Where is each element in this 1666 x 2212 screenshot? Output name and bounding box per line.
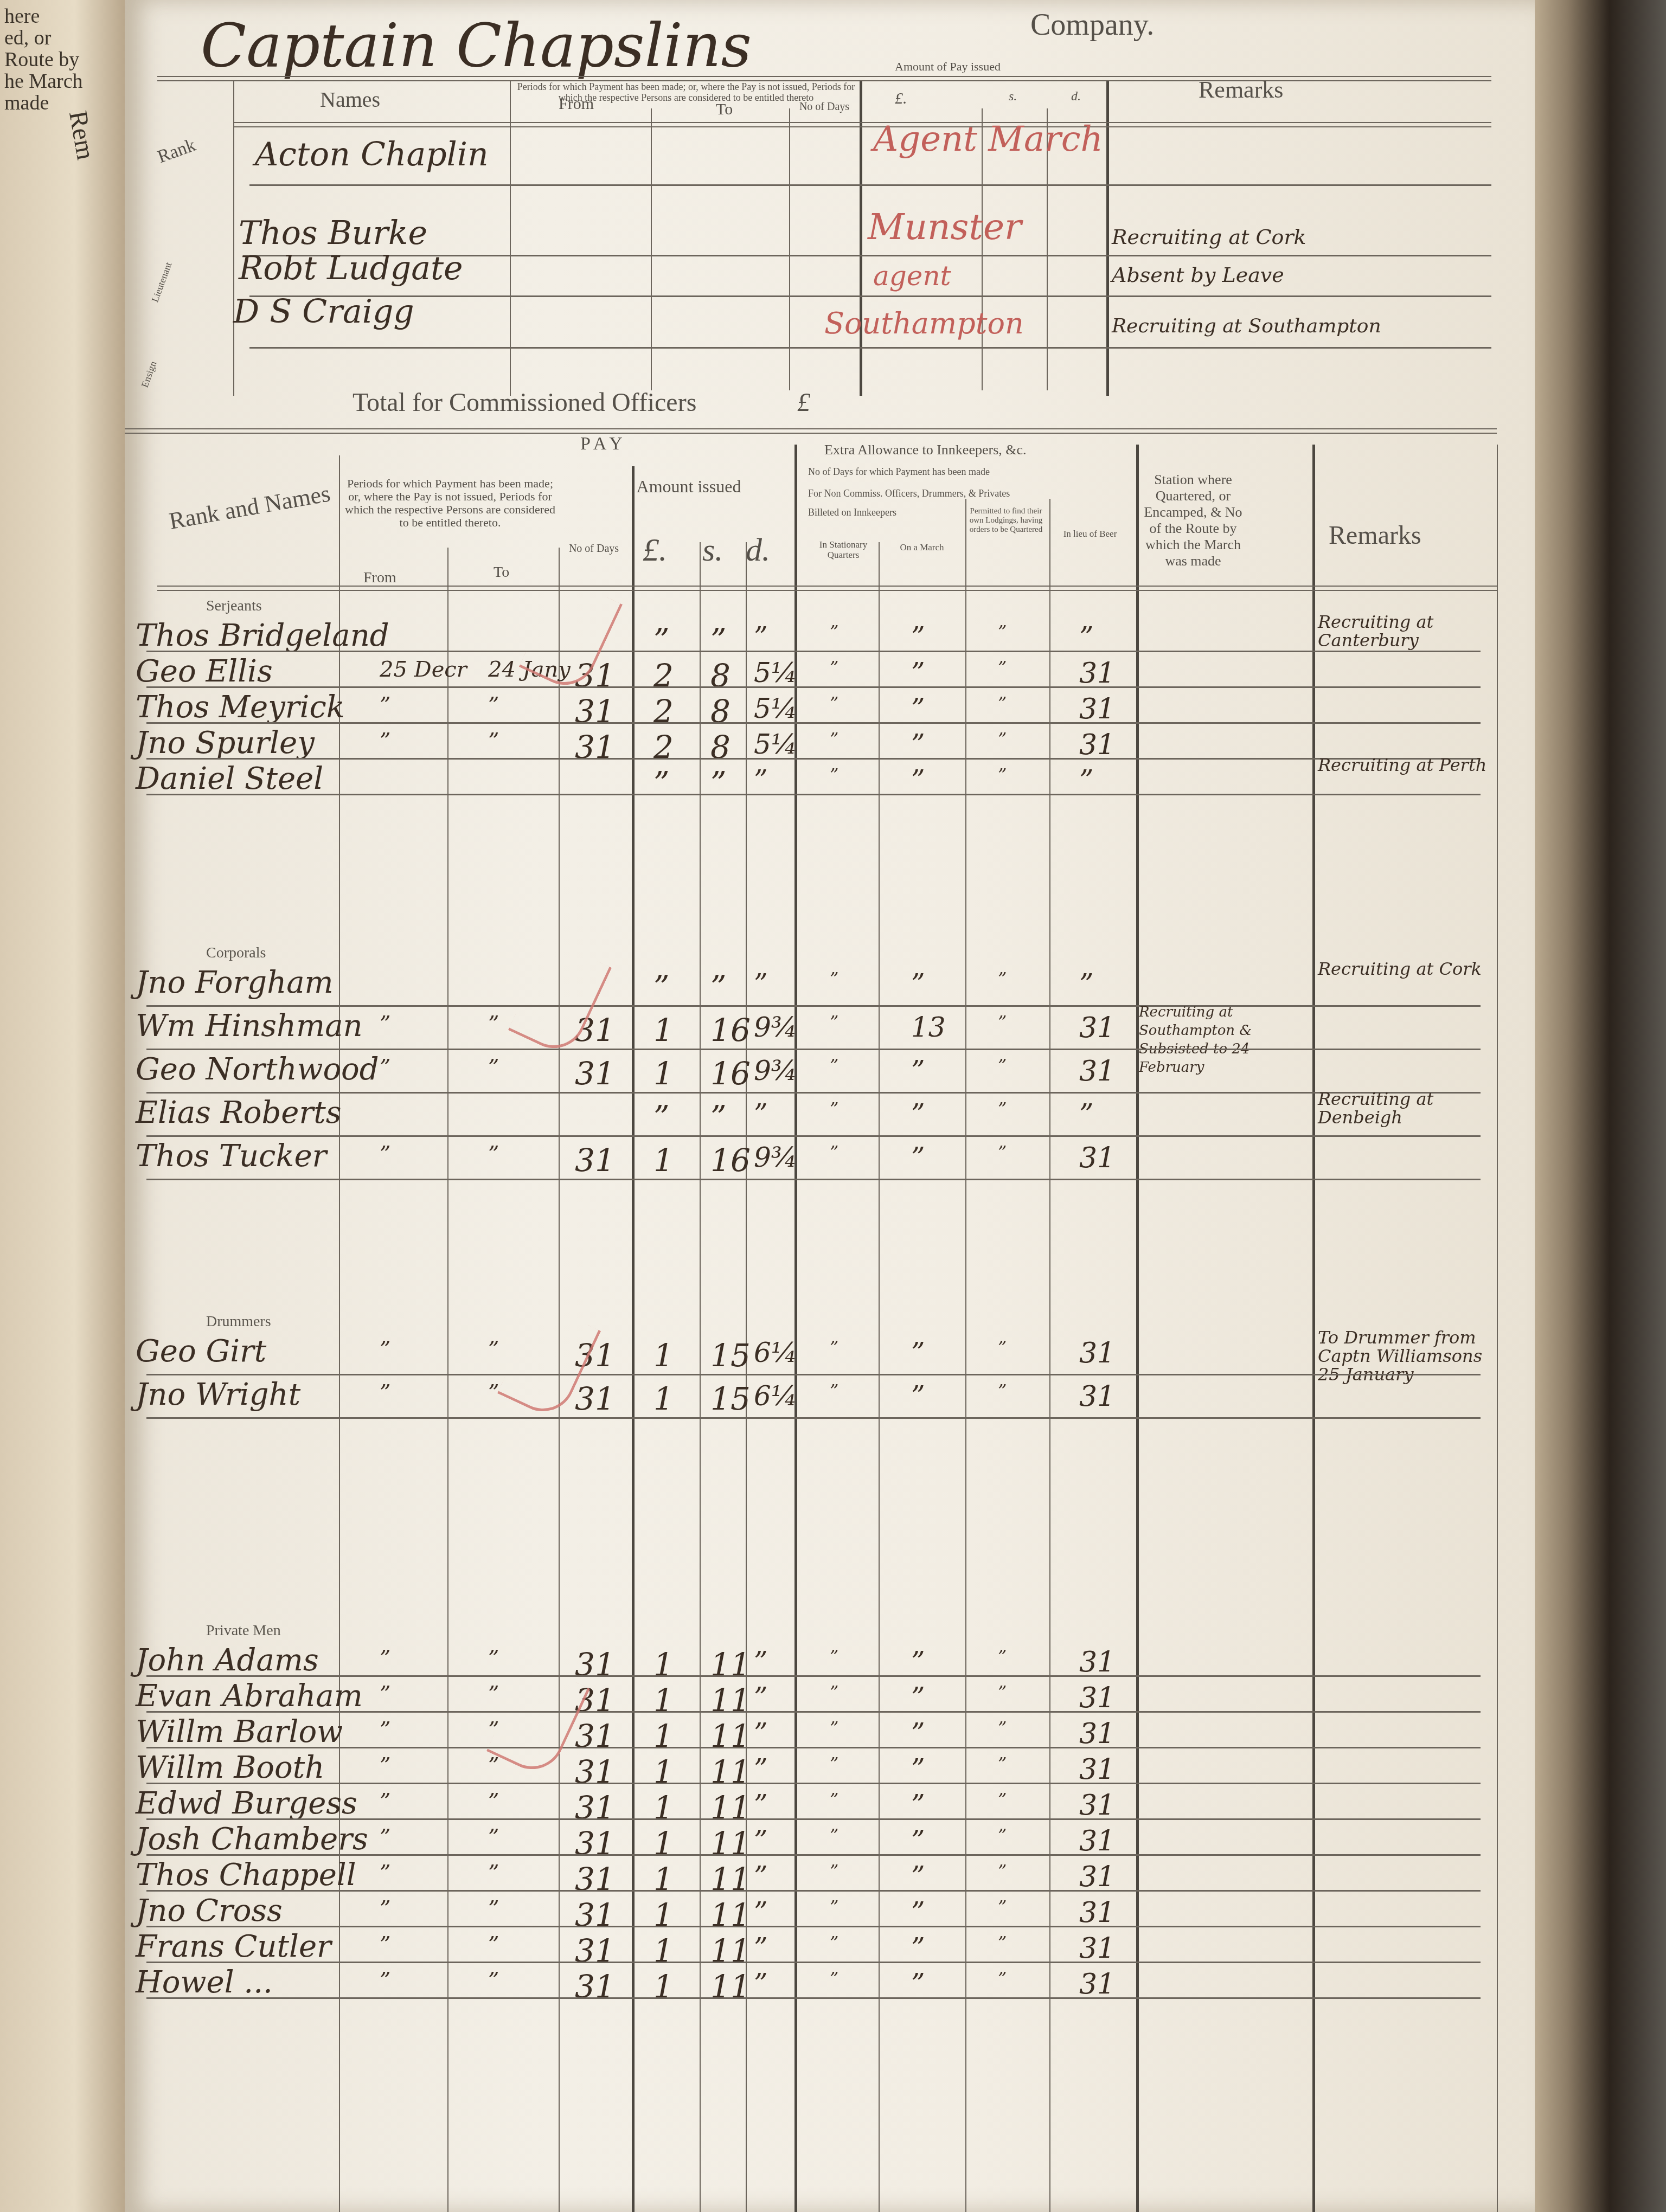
cell-l: 1 bbox=[653, 1337, 674, 1374]
soldier-name: Jno Spurley bbox=[136, 725, 315, 761]
cell-from: ” bbox=[380, 1012, 390, 1037]
cell-march: ” bbox=[911, 968, 925, 1000]
cell-l: 1 bbox=[653, 1055, 674, 1092]
men-shillings-header: s. bbox=[702, 531, 723, 569]
cell-beer: 31 bbox=[1079, 1896, 1115, 1929]
cell-s: 15 bbox=[710, 1380, 751, 1417]
row-rule bbox=[249, 184, 1491, 186]
cell-s: 11 bbox=[710, 1896, 751, 1933]
cell-perm: ” bbox=[998, 1718, 1007, 1738]
men-amount-header: Amount issued bbox=[635, 477, 743, 496]
cell-s: 11 bbox=[710, 1861, 751, 1898]
cell-from: ” bbox=[380, 1825, 390, 1850]
cell-stat: ” bbox=[830, 968, 838, 989]
soldier-name: Thos Bridgeland bbox=[136, 618, 389, 653]
cell-stat: ” bbox=[830, 1753, 838, 1774]
cell-d: ” bbox=[754, 1825, 768, 1856]
officer-remark: Absent by Leave bbox=[1112, 266, 1284, 284]
rank-and-names-header: Rank and Names bbox=[167, 479, 332, 535]
cell-days: 31 bbox=[575, 1932, 615, 1969]
cell-d: 6¼ bbox=[754, 1337, 797, 1368]
cell-d: ” bbox=[754, 764, 768, 796]
cell-s: 15 bbox=[710, 1337, 751, 1374]
cell-to: ” bbox=[488, 693, 499, 718]
cell-from: ” bbox=[380, 1142, 390, 1167]
officer-amount-header: Amount of Pay issued bbox=[895, 60, 1001, 74]
soldier-name: John Adams bbox=[136, 1643, 319, 1678]
cell-perm: ” bbox=[998, 693, 1007, 713]
soldier-name: Howel ... bbox=[136, 1965, 273, 2000]
cell-from: ” bbox=[380, 1337, 390, 1362]
cell-d: ” bbox=[754, 1718, 768, 1749]
cell-march: ” bbox=[911, 1646, 925, 1677]
cell-perm: ” bbox=[998, 657, 1007, 678]
station-header: Station where Quartered, or Encamped, & … bbox=[1139, 472, 1247, 569]
cell-from: ” bbox=[380, 1932, 390, 1957]
cell-d: 9¾ bbox=[754, 1012, 797, 1043]
cell-l: 1 bbox=[653, 1932, 674, 1969]
cell-l: 2 bbox=[653, 693, 674, 730]
cell-beer: 31 bbox=[1079, 1861, 1115, 1893]
cell-from: ” bbox=[380, 1789, 390, 1814]
soldier-name: Willm Booth bbox=[136, 1750, 324, 1785]
cell-stat: ” bbox=[830, 693, 838, 713]
cell-l: 1 bbox=[653, 1968, 674, 2005]
cell-perm: ” bbox=[998, 1682, 1007, 1702]
soldier-name: Geo Ellis bbox=[136, 654, 273, 689]
beer-header: In lieu of Beer bbox=[1052, 523, 1128, 545]
cell-s: 8 bbox=[710, 693, 731, 730]
extra-sub1: No of Days for which Payment has been ma… bbox=[808, 466, 990, 478]
cell-stat: ” bbox=[830, 1932, 838, 1953]
soldier-name: Thos Meyrick bbox=[136, 690, 345, 725]
soldier-name: Jno Wright bbox=[136, 1377, 300, 1412]
cell-march: ” bbox=[911, 1789, 925, 1821]
officer-name: D S Craigg bbox=[233, 293, 414, 331]
row-rule bbox=[249, 347, 1491, 349]
cell-days: 31 bbox=[575, 1718, 615, 1754]
cell-to: ” bbox=[488, 1896, 499, 1921]
cell-stat: ” bbox=[830, 729, 838, 749]
cell-l: 1 bbox=[653, 1753, 674, 1790]
divider bbox=[1497, 445, 1498, 2212]
cell-l: 1 bbox=[653, 1682, 674, 1719]
cell-s: 11 bbox=[710, 1932, 751, 1969]
cell-remark: Recruiting at Cork bbox=[1318, 960, 1491, 978]
cell-stat: ” bbox=[830, 621, 838, 642]
cell-from: ” bbox=[380, 693, 390, 718]
cell-beer: 31 bbox=[1079, 1055, 1115, 1088]
row-rule bbox=[146, 1962, 1481, 1963]
cell-march: ” bbox=[911, 1098, 925, 1130]
cell-l: 1 bbox=[653, 1825, 674, 1862]
men-from-header: From bbox=[363, 569, 396, 587]
row-rule bbox=[146, 1049, 1481, 1050]
title-rule bbox=[157, 76, 1491, 81]
cell-march: ” bbox=[911, 1968, 925, 1999]
cell-march: ” bbox=[911, 1861, 925, 1892]
cell-perm: ” bbox=[998, 1098, 1007, 1119]
pay-header: PAY bbox=[580, 434, 627, 454]
cell-days: 31 bbox=[575, 1896, 615, 1933]
row-rule bbox=[146, 1417, 1481, 1419]
cell-from: 25 Decr bbox=[380, 657, 467, 682]
cell-d: 5¼ bbox=[754, 693, 797, 724]
section-label-serjeants: Serjeants bbox=[206, 597, 262, 615]
rank-ensign: Ensign bbox=[139, 359, 159, 389]
cell-perm: ” bbox=[998, 1753, 1007, 1774]
cell-perm: ” bbox=[998, 1932, 1007, 1953]
cell-beer: 31 bbox=[1079, 657, 1115, 690]
cell-from: ” bbox=[380, 1055, 390, 1080]
cell-d: 9¾ bbox=[754, 1142, 797, 1173]
officer-name: Thos Burke bbox=[239, 214, 427, 252]
divider bbox=[965, 499, 966, 2212]
men-pence-header: d. bbox=[746, 531, 770, 569]
cell-to: ” bbox=[488, 1861, 499, 1886]
cell-days: 31 bbox=[575, 729, 615, 766]
cell-perm: ” bbox=[998, 621, 1007, 642]
cell-beer: 31 bbox=[1079, 1646, 1115, 1679]
cell-perm: ” bbox=[998, 1789, 1007, 1810]
fragment-line: made bbox=[4, 92, 83, 114]
divider bbox=[233, 81, 234, 396]
cell-perm: ” bbox=[998, 1337, 1007, 1358]
cell-d: 9¾ bbox=[754, 1055, 797, 1086]
cell-days: 31 bbox=[575, 693, 615, 730]
cell-s: ” bbox=[710, 1098, 727, 1135]
cell-d: ” bbox=[754, 1968, 768, 1999]
cell-d: ” bbox=[754, 1789, 768, 1821]
cell-march: ” bbox=[911, 1682, 925, 1713]
officer-remark: Recruiting at Southampton bbox=[1112, 317, 1381, 336]
cell-d: 5¼ bbox=[754, 729, 797, 760]
cell-stat: ” bbox=[830, 1968, 838, 1989]
cell-stat: ” bbox=[830, 1012, 838, 1032]
cell-s: 11 bbox=[710, 1646, 751, 1683]
cell-to: ” bbox=[488, 1337, 499, 1362]
row-rule bbox=[249, 295, 1491, 297]
cell-days: 31 bbox=[575, 1968, 615, 2005]
officer-name: Robt Ludgate bbox=[239, 249, 463, 287]
cell-d: ” bbox=[754, 1896, 768, 1928]
officer-to-header: To bbox=[716, 100, 733, 119]
cell-beer: 31 bbox=[1079, 1825, 1115, 1857]
fragment-line: here bbox=[4, 5, 83, 27]
left-page-edge: here ed, or Route by he March made Rem bbox=[0, 0, 125, 2212]
cell-march: ” bbox=[911, 621, 925, 653]
cell-stat: ” bbox=[830, 1718, 838, 1738]
cell-from: ” bbox=[380, 729, 390, 754]
soldier-name: Daniel Steel bbox=[136, 761, 323, 796]
divider bbox=[1106, 81, 1109, 396]
cell-from: ” bbox=[380, 1718, 390, 1742]
cell-march: ” bbox=[911, 1055, 925, 1086]
officer-amount-note: Agent March bbox=[873, 119, 1103, 159]
extra-allowance-header: Extra Allowance to Innkeepers, &c. bbox=[824, 442, 1027, 458]
cell-beer: 31 bbox=[1079, 729, 1115, 761]
men-remarks-header: Remarks bbox=[1329, 520, 1421, 550]
row-rule bbox=[146, 1783, 1481, 1784]
cell-l: 1 bbox=[653, 1896, 674, 1933]
cell-perm: ” bbox=[998, 1968, 1007, 1989]
cell-stat: ” bbox=[830, 1098, 838, 1119]
cell-l: 1 bbox=[653, 1861, 674, 1898]
cell-station: Recruiting at Southampton & Subsisted to… bbox=[1139, 1003, 1312, 1077]
officer-name: Acton Chaplin bbox=[255, 136, 489, 173]
cell-to: ” bbox=[488, 1682, 499, 1707]
cell-s: 11 bbox=[710, 1968, 751, 2005]
soldier-name: Jno Forgham bbox=[136, 965, 334, 1000]
cell-days: 31 bbox=[575, 1055, 615, 1092]
cell-stat: ” bbox=[830, 657, 838, 678]
soldier-name: Josh Chambers bbox=[136, 1822, 368, 1857]
cell-march: 13 bbox=[911, 1012, 946, 1043]
row-rule bbox=[146, 1854, 1481, 1856]
cell-l: 1 bbox=[653, 1718, 674, 1754]
cell-stat: ” bbox=[830, 1682, 838, 1702]
header-rule bbox=[157, 586, 1497, 591]
row-rule bbox=[146, 1818, 1481, 1820]
row-rule bbox=[146, 1675, 1481, 1677]
row-rule bbox=[146, 1926, 1481, 1927]
officer-remarks-header: Remarks bbox=[1199, 76, 1283, 104]
row-rule bbox=[146, 1135, 1481, 1137]
row-rule bbox=[146, 686, 1481, 688]
cell-l: 2 bbox=[653, 729, 674, 766]
men-pounds-header: £. bbox=[643, 531, 667, 569]
cell-stat: ” bbox=[830, 1142, 838, 1162]
book-edge bbox=[1525, 0, 1666, 2212]
officer-remark: Recruiting at Cork bbox=[1112, 228, 1306, 246]
row-rule bbox=[146, 1890, 1481, 1892]
cell-days: 31 bbox=[575, 1646, 615, 1683]
company-label: Company. bbox=[1030, 8, 1154, 42]
cell-march: ” bbox=[911, 1932, 925, 1964]
cell-beer: 31 bbox=[1079, 1789, 1115, 1822]
cell-to: ” bbox=[488, 729, 499, 754]
cell-d: ” bbox=[754, 621, 768, 653]
soldier-name: Geo Northwood bbox=[136, 1052, 379, 1087]
cell-l: ” bbox=[653, 968, 670, 1005]
cell-days: 31 bbox=[575, 1753, 615, 1790]
cell-perm: ” bbox=[998, 1055, 1007, 1076]
cell-d: 5¼ bbox=[754, 657, 797, 689]
row-rule bbox=[146, 1374, 1481, 1375]
cell-beer: ” bbox=[1079, 968, 1094, 1001]
cell-beer: 31 bbox=[1079, 1968, 1115, 2001]
cell-stat: ” bbox=[830, 1861, 838, 1881]
cell-beer: 31 bbox=[1079, 1142, 1115, 1174]
cell-s: 16 bbox=[710, 1055, 751, 1092]
soldier-name: Edwd Burgess bbox=[136, 1786, 357, 1821]
cell-s: 11 bbox=[710, 1825, 751, 1862]
cell-to: ” bbox=[488, 1142, 499, 1167]
cell-remark: Recruiting at Perth bbox=[1318, 756, 1491, 774]
cell-stat: ” bbox=[830, 1825, 838, 1846]
cell-days: 31 bbox=[575, 1142, 615, 1179]
cell-beer: 31 bbox=[1079, 1682, 1115, 1714]
cell-march: ” bbox=[911, 1337, 925, 1368]
fragment-line: ed, or bbox=[4, 27, 83, 49]
cell-perm: ” bbox=[998, 1825, 1007, 1846]
cell-from: ” bbox=[380, 1896, 390, 1921]
officer-amount-note: Munster bbox=[868, 206, 1022, 248]
cell-l: 1 bbox=[653, 1789, 674, 1826]
row-rule bbox=[146, 758, 1481, 760]
men-to-header: To bbox=[494, 564, 509, 581]
divider bbox=[1049, 499, 1050, 2212]
cell-beer: ” bbox=[1079, 1098, 1094, 1131]
cell-from: ” bbox=[380, 1380, 390, 1405]
soldier-name: Wm Hinshman bbox=[136, 1008, 363, 1044]
cell-perm: ” bbox=[998, 1012, 1007, 1032]
cell-beer: 31 bbox=[1079, 1380, 1115, 1413]
cell-d: ” bbox=[754, 1098, 768, 1130]
cell-l: 1 bbox=[653, 1142, 674, 1179]
cell-days: 31 bbox=[575, 1789, 615, 1826]
cell-perm: ” bbox=[998, 1142, 1007, 1162]
officer-pence-header: d. bbox=[1071, 89, 1081, 104]
cell-s: ” bbox=[710, 968, 727, 1005]
divider bbox=[632, 466, 635, 2212]
officers-total-currency: £ bbox=[797, 388, 810, 417]
extra-sub2: For Non Commiss. Officers, Drummers, & P… bbox=[808, 488, 1010, 499]
cell-stat: ” bbox=[830, 764, 838, 785]
cell-march: ” bbox=[911, 1718, 925, 1749]
soldier-name: Willm Barlow bbox=[136, 1714, 343, 1750]
divider bbox=[860, 81, 862, 396]
cell-from: ” bbox=[380, 1968, 390, 1993]
divider bbox=[1312, 445, 1315, 2212]
row-rule bbox=[146, 722, 1481, 724]
cell-stat: ” bbox=[830, 1646, 838, 1667]
cell-march: ” bbox=[911, 1825, 925, 1856]
officers-total-label: Total for Commissioned Officers bbox=[353, 388, 696, 417]
cell-march: ” bbox=[911, 1753, 925, 1785]
stationary-header: In Stationary Quarters bbox=[805, 539, 881, 560]
cell-perm: ” bbox=[998, 1896, 1007, 1917]
soldier-name: Thos Tucker bbox=[136, 1139, 326, 1174]
officer-amount-note: Southampton bbox=[824, 306, 1024, 340]
cell-march: ” bbox=[911, 693, 925, 724]
soldier-name: Thos Chappell bbox=[136, 1857, 356, 1893]
officer-days-header: No of Days bbox=[794, 100, 854, 113]
divider bbox=[1136, 445, 1139, 2212]
header-rule bbox=[233, 122, 1491, 127]
cell-l: ” bbox=[653, 621, 670, 658]
cell-perm: ” bbox=[998, 1646, 1007, 1667]
cell-beer: 31 bbox=[1079, 1718, 1115, 1750]
cell-s: 16 bbox=[710, 1142, 751, 1179]
section-label-corporals: Corporals bbox=[206, 944, 266, 962]
row-rule bbox=[146, 1997, 1481, 1999]
page-title: Captain Chapslins bbox=[201, 11, 752, 80]
cell-to: ” bbox=[488, 1646, 499, 1671]
cell-beer: ” bbox=[1079, 764, 1094, 797]
cell-days: 31 bbox=[575, 1825, 615, 1862]
soldier-name: Evan Abraham bbox=[136, 1679, 363, 1714]
cell-s: ” bbox=[710, 621, 727, 658]
cell-perm: ” bbox=[998, 1861, 1007, 1881]
fragment-line: he March bbox=[4, 70, 83, 92]
cell-beer: 31 bbox=[1079, 693, 1115, 725]
cell-perm: ” bbox=[998, 729, 1007, 749]
cell-perm: ” bbox=[998, 1380, 1007, 1401]
officer-shillings-header: s. bbox=[1009, 89, 1017, 104]
cell-march: ” bbox=[911, 764, 925, 796]
cell-s: 16 bbox=[710, 1012, 751, 1049]
cell-d: ” bbox=[754, 1682, 768, 1713]
cell-stat: ” bbox=[830, 1789, 838, 1810]
cell-to: ” bbox=[488, 1932, 499, 1957]
ledger-page: Captain Chapslins Company. Rank Names Pe… bbox=[125, 0, 1535, 2212]
cell-march: ” bbox=[911, 1896, 925, 1928]
cell-d: ” bbox=[754, 1646, 768, 1677]
cell-d: ” bbox=[754, 1932, 768, 1964]
cell-s: 11 bbox=[710, 1682, 751, 1719]
left-page-fragment: here ed, or Route by he March made bbox=[4, 5, 83, 114]
men-periods-header: Periods for which Payment has been made;… bbox=[342, 477, 559, 529]
officer-rank-header: Rank bbox=[155, 135, 198, 168]
cell-l: ” bbox=[653, 1098, 670, 1135]
cell-l: 1 bbox=[653, 1380, 674, 1417]
permitted-header: Permitted to find their own Lodgings, ha… bbox=[968, 507, 1044, 535]
officer-from-header: From bbox=[559, 95, 594, 113]
cell-s: ” bbox=[710, 764, 727, 801]
cell-s: 8 bbox=[710, 657, 731, 694]
cell-march: ” bbox=[911, 729, 925, 760]
cell-remark: Recruiting at Canterbury bbox=[1318, 613, 1491, 650]
fragment-line: Route by bbox=[4, 49, 83, 70]
cell-perm: ” bbox=[998, 764, 1007, 785]
cell-d: ” bbox=[754, 1753, 768, 1785]
row-rule bbox=[146, 1179, 1481, 1180]
cell-march: ” bbox=[911, 1142, 925, 1173]
cell-to: ” bbox=[488, 1825, 499, 1850]
divider bbox=[510, 81, 511, 396]
cell-beer: 31 bbox=[1079, 1012, 1115, 1044]
cell-to: ” bbox=[488, 1968, 499, 1993]
section-label-drummers: Drummers bbox=[206, 1313, 271, 1330]
cell-remark: Recruiting at Denbeigh bbox=[1318, 1090, 1491, 1127]
cell-days: 31 bbox=[575, 1380, 615, 1417]
cell-stat: ” bbox=[830, 1380, 838, 1401]
soldier-name: Elias Roberts bbox=[136, 1095, 342, 1130]
cell-s: 11 bbox=[710, 1718, 751, 1754]
row-rule bbox=[146, 1092, 1481, 1094]
row-rule bbox=[146, 1747, 1481, 1748]
cell-s: 11 bbox=[710, 1753, 751, 1790]
cell-stat: ” bbox=[830, 1896, 838, 1917]
cell-from: ” bbox=[380, 1861, 390, 1886]
cell-beer: 31 bbox=[1079, 1337, 1115, 1369]
cell-l: 1 bbox=[653, 1012, 674, 1049]
cell-days: 31 bbox=[575, 1861, 615, 1898]
row-rule bbox=[146, 1711, 1481, 1713]
cell-stat: ” bbox=[830, 1337, 838, 1358]
cell-march: ” bbox=[911, 1380, 925, 1412]
cell-to: ” bbox=[488, 1012, 499, 1037]
cell-from: ” bbox=[380, 1753, 390, 1778]
cell-l: 1 bbox=[653, 1646, 674, 1683]
soldier-name: Jno Cross bbox=[136, 1893, 283, 1928]
men-days-header: No of Days bbox=[564, 542, 624, 555]
cell-to: ” bbox=[488, 1055, 499, 1080]
left-page-remarks-fragment: Rem bbox=[63, 108, 101, 162]
march-header: On a March bbox=[884, 542, 960, 552]
section-rule bbox=[125, 428, 1497, 434]
